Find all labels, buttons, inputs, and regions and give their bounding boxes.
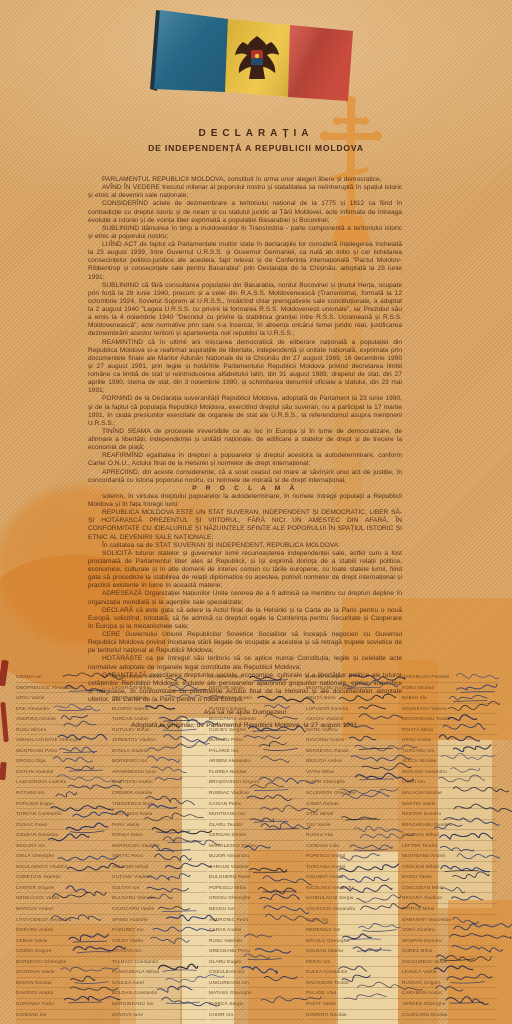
paragraph: ȚINÎND SEAMA de procesele ireversibile c… xyxy=(88,428,402,452)
paragraph: REAMINTIND că în ultimii ani mișcarea de… xyxy=(88,339,402,396)
signature-column-4: GROSU DumitruMUNTEANU NicolaeDRUȚĂ Boris… xyxy=(306,672,401,1024)
signature-column-3: IVANOV AnatolNESTOR VasileZELENSCHI Anat… xyxy=(209,672,304,1024)
signature-scribbles xyxy=(112,672,207,1006)
paragraph: SUBLINIIND dăinuirea în timp a moldoveni… xyxy=(88,225,402,241)
paragraph: DECLARĂ că este gata să adere la Actul f… xyxy=(88,607,402,631)
signature-scribbles xyxy=(209,672,304,1006)
paragraph: LUÎND ACT de faptul că Parlamentele mult… xyxy=(88,241,402,282)
moldova-flag xyxy=(148,4,360,104)
signature-column-5: GARABAJIU PanteleiROBU NicolaeBABĂU Ilie… xyxy=(402,672,497,1024)
paragraph: PARLAMENTUL REPUBLICII MOLDOVA, constitu… xyxy=(88,176,402,184)
page-subtitle: DE INDEPENDENȚĂ A REPUBLICII MOLDOVA xyxy=(0,143,512,153)
signatory-name: CIOBANU Ilie xyxy=(16,1010,111,1021)
signature-scribbles xyxy=(16,672,111,1006)
paragraph: APRECIIND, din aceste considerente, că a… xyxy=(88,469,402,485)
paragraph: SOLICITĂ tuturor statelor și guvernelor … xyxy=(88,550,402,591)
paragraph: În calitatea sa de STAT SUVERAN ȘI INDEP… xyxy=(88,542,402,550)
paragraph: PORNIND de la Declarația suveranității R… xyxy=(88,395,402,428)
paragraph: P R O C L A M Ă xyxy=(88,485,402,493)
signature-column-2: SEVERENCO VladimirLAGARCIN MihaiPRITULA … xyxy=(112,672,207,1024)
paragraph: AVÎND ÎN VEDERE trecutul milenar al popo… xyxy=(88,184,402,200)
signatory-name: ZANOVII Iurie xyxy=(112,1010,207,1021)
declaration-text: PARLAMENTUL REPUBLICII MOLDOVA, constitu… xyxy=(88,176,402,730)
signatory-name: DOMENTI Nicolae xyxy=(306,1010,401,1021)
title-block: DECLARAȚIA DE INDEPENDENȚĂ A REPUBLICII … xyxy=(0,128,512,153)
paragraph: REAFIRMÎND egalitatea în drepturi a popo… xyxy=(88,452,402,468)
paragraph: ADRESEAZĂ Organizației Națiunilor Unite … xyxy=(88,590,402,606)
paragraph: REPUBLICA MOLDOVA ESTE UN STAT SUVERAN, … xyxy=(88,509,402,542)
signature-column-1: GRAMA IonONOFREICIUC AlexandruURSU Vasil… xyxy=(16,672,111,1024)
signatures-section: GRAMA IonONOFREICIUC AlexandruURSU Vasil… xyxy=(0,658,512,1024)
paragraph: CONSIDERÎND actele de dezmembrare a teri… xyxy=(88,200,402,224)
signature-scribbles xyxy=(402,672,497,1006)
signatory-name: CHIOR Ion xyxy=(209,1010,304,1021)
signatory-name: COJOCARU Nicolae xyxy=(402,1010,497,1021)
page-title: DECLARAȚIA xyxy=(0,128,512,139)
signature-scribbles xyxy=(306,672,401,1006)
paragraph: solemn, în virtutea dreptului popoarelor… xyxy=(88,493,402,509)
paragraph: SUBLINIIND că fără consultarea populație… xyxy=(88,282,402,339)
paragraph: CERE Guvernului Uniunii Republicilor Sov… xyxy=(88,631,402,655)
declaration-poster: DECLARAȚIA DE INDEPENDENȚĂ A REPUBLICII … xyxy=(0,0,512,1024)
